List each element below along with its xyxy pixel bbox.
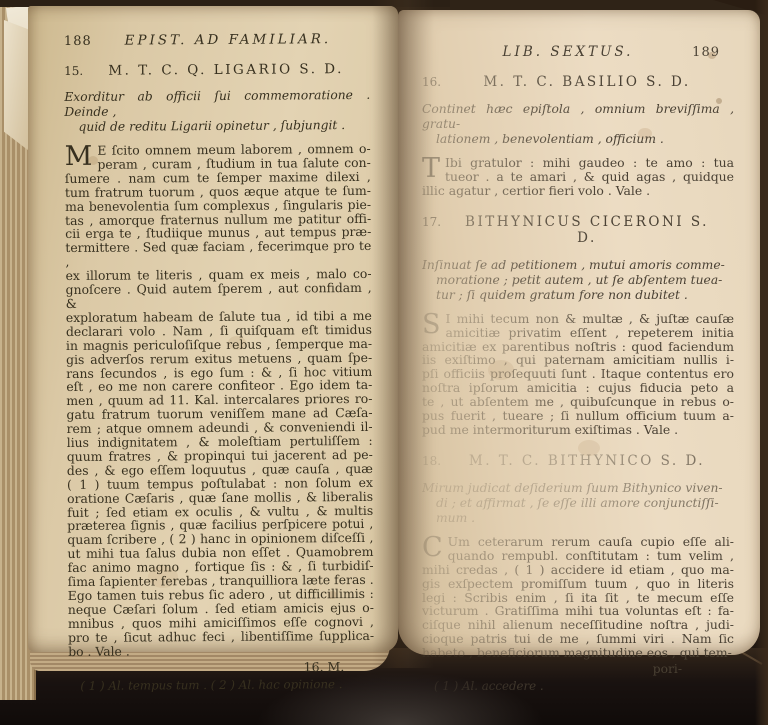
left-page: 188 EPIST. AD FAMILIAR. 15. M. T. C. Q. … xyxy=(28,6,398,652)
text-line: Continet hæc epiſtola , omnium breviſſim… xyxy=(422,102,734,132)
text-line: Mirum judicat deſiderium ſuum Bithynico … xyxy=(422,481,734,496)
letter-number: 17. xyxy=(422,215,458,229)
text-line: legi : Scribis enim , ſi ita ſit , te me… xyxy=(422,591,734,605)
text-line: di ; et affirmat , ſe eſſe illi amore co… xyxy=(422,496,734,511)
letter-heading: M. T. C. BITHYNICO S. D. xyxy=(458,453,716,469)
letter-body: T Ibi gratulor : mihi gaudeo : te amo : … xyxy=(422,156,734,198)
right-page: LIB. SEXTUS. 189 16. M. T. C. BASILIO S.… xyxy=(398,10,760,655)
text-line: habeto , beneficiorum magnitudine eos , … xyxy=(422,646,734,660)
text-line: cioque patris tui de me , ſummi viri . N… xyxy=(422,632,734,646)
drop-cap: S xyxy=(422,312,446,336)
running-header: LIB. SEXTUS. xyxy=(462,44,674,60)
letter-heading: BITHYNICUS CICERONI S. D. xyxy=(458,214,716,246)
text-line: te , ut abſentem me , quibuſcunque in re… xyxy=(422,395,734,409)
text-line: Exorditur ab officii ſui commemoratione … xyxy=(64,88,370,120)
text-line: I mihi tecum non & multæ , & juſtæ cauſæ xyxy=(422,312,734,326)
letter-argument: Exorditur ab officii ſui commemoratione … xyxy=(64,88,370,135)
drop-cap: T xyxy=(422,156,445,180)
drop-cap: M xyxy=(65,144,98,168)
text-line: Um ceterarum rerum cauſa cupio eſſe ali- xyxy=(422,535,734,549)
text-line: amicitiæ ex parentibus noſtris : quod fa… xyxy=(422,340,734,354)
letter-heading-row: 16. M. T. C. BASILIO S. D. xyxy=(422,74,734,90)
signature-mark: 16. M. xyxy=(68,658,374,675)
text-line: gnoſcere . Quid autem ſperem , aut confi… xyxy=(66,281,372,311)
text-line: illic agatur , certior fieri volo . Vale… xyxy=(422,184,734,198)
running-header-row: 188 EPIST. AD FAMILIAR. xyxy=(64,31,370,49)
letter-heading: M. T. C. BASILIO S. D. xyxy=(458,74,716,90)
text-line: pro te , ſicut adhuc feci , libentiſſime… xyxy=(68,629,374,645)
text-line: amicitiæ privatim eſſent , repeterem ini… xyxy=(422,326,734,340)
letter-argument: Continet hæc epiſtola , omnium breviſſim… xyxy=(422,102,734,147)
drop-cap: C xyxy=(422,535,448,559)
text-line: mihi credas , ( 1 ) accidere id etiam , … xyxy=(422,563,734,577)
running-header-row: LIB. SEXTUS. 189 xyxy=(422,44,734,60)
text-line: quando rempubl. conſtitutam : tum velim … xyxy=(422,549,734,563)
text-line: lationem , benevolentiam , officium . xyxy=(422,132,734,147)
letter-heading-row: 15. M. T. C. Q. LIGARIO S. D. xyxy=(64,61,370,79)
text-line: iis exiſtimo , qui paternam amicitiam nu… xyxy=(422,353,734,367)
text-line: pus fuerit , tueare ; ſi nullum officium… xyxy=(422,409,734,423)
letter-number: 16. xyxy=(422,75,458,89)
text-line: termittere . Sed quæ faciam , fecerimque… xyxy=(65,239,371,269)
text-line: moratione ; petit autem , ut ſe abſentem… xyxy=(422,273,734,288)
text-line: quid de reditu Ligarii opinetur , ſubjun… xyxy=(64,118,370,135)
catchword: pori- xyxy=(422,662,734,676)
text-line: Inſinuat ſe ad petitionem , mutui amoris… xyxy=(422,258,734,273)
text-line: noſtra ipſorum amicitia : cujus fiducia … xyxy=(422,381,734,395)
page-number: 189 xyxy=(674,45,720,60)
letter-body: C Um ceterarum rerum cauſa cupio eſſe al… xyxy=(422,535,734,660)
text-line: victurum . Gratiſſima mihi tua voluntas … xyxy=(422,604,734,618)
text-line: ciſque nihil alienum neceſſitudine noſtr… xyxy=(422,618,734,632)
running-header: EPIST. AD FAMILIAR. xyxy=(104,31,352,49)
text-line: tur ; ſi quidem gratum fore non dubitet … xyxy=(422,288,734,303)
text-line: tueor . a te amari , & quid agas , quidq… xyxy=(422,170,734,184)
letter-heading-row: 18. M. T. C. BITHYNICO S. D. xyxy=(422,453,734,469)
letter-heading-row: 17. BITHYNICUS CICERONI S. D. xyxy=(422,214,734,246)
book-photo: 188 EPIST. AD FAMILIAR. 15. M. T. C. Q. … xyxy=(0,0,768,725)
text-line: Ibi gratulor : mihi gaudeo : te amo : tu… xyxy=(422,156,734,170)
letter-number: 18. xyxy=(422,454,458,468)
footnote: ( 1 ) Al. tempus tum . ( 2 ) Al. hac opi… xyxy=(68,676,374,692)
letter-heading: M. T. C. Q. LIGARIO S. D. xyxy=(100,61,352,79)
letter-argument: Inſinuat ſe ad petitionem , mutui amoris… xyxy=(422,258,734,303)
text-line: mum . xyxy=(422,511,734,526)
letter-number: 15. xyxy=(64,64,100,78)
letter-body: S I mihi tecum non & multæ , & juſtæ cau… xyxy=(422,312,734,437)
footnote: ( 1 ) Al. accedere . xyxy=(422,679,734,693)
page-number: 188 xyxy=(64,34,104,49)
letter-argument: Mirum judicat deſiderium ſuum Bithynico … xyxy=(422,481,734,526)
text-line: gis exſpectem promiſſum tuum , quo in li… xyxy=(422,577,734,591)
letter-body: M E ſcito omnem meum laborem , omnem o-p… xyxy=(65,142,375,659)
text-line: pud me intermoriturum exiſtimas . Vale . xyxy=(422,423,734,437)
text-line: bo . Vale . xyxy=(68,643,374,659)
text-line: pſi officiis proſequuti ſunt . Itaque co… xyxy=(422,367,734,381)
